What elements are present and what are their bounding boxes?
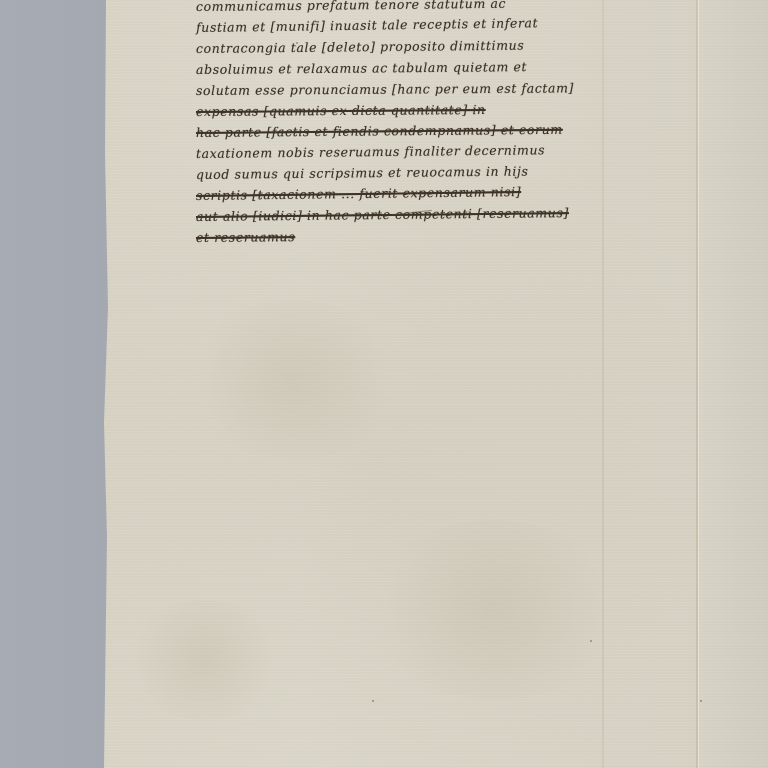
- paper-stain: [364, 520, 624, 700]
- ink-speck: [296, 42, 298, 44]
- handwritten-text-block: communicamus prefatum tenore statutum ac…: [196, 0, 686, 248]
- paper-fold-line: [696, 0, 698, 768]
- ink-speck: [590, 640, 592, 642]
- ink-speck: [372, 700, 374, 702]
- paper-stain: [184, 300, 404, 460]
- paper-folded-margin: [697, 0, 768, 768]
- ink-speck: [700, 700, 702, 702]
- manuscript-line-struck: et reseruamus: [196, 223, 686, 248]
- paper-stain: [124, 600, 284, 720]
